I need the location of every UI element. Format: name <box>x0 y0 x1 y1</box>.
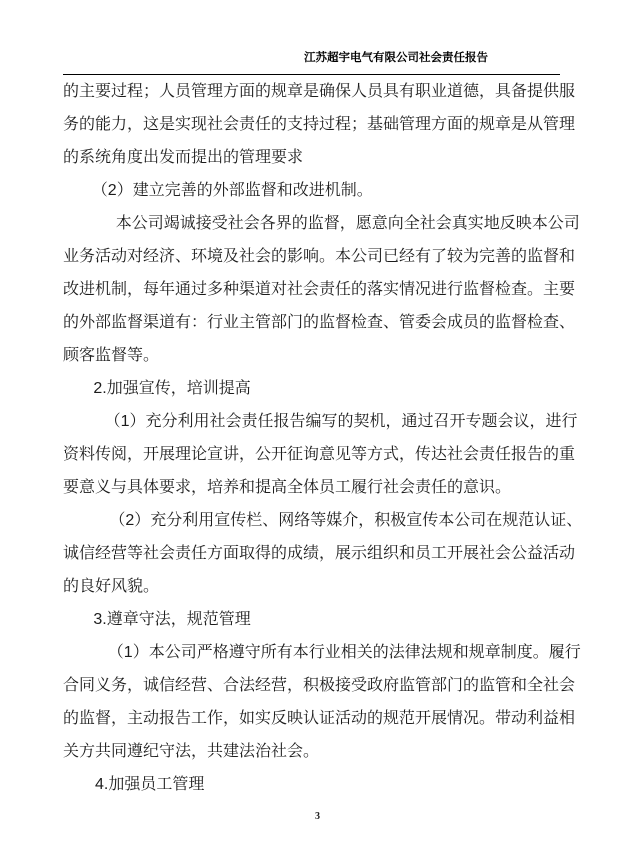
text-line: （2）建立完善的外部监督和改进机制。 <box>63 174 577 207</box>
text-line: 的主要过程；人员管理方面的规章是确保人员具有职业道德，具备提供服 <box>63 75 577 108</box>
text-line: 业务活动对经济、环境及社会的影响。本公司已经有了较为完善的监督和 <box>63 240 577 273</box>
page-number: 3 <box>0 811 635 822</box>
text-line: 4.加强员工管理 <box>63 768 577 801</box>
document-body: 的主要过程；人员管理方面的规章是确保人员具有职业道德，具备提供服务的能力，这是实… <box>63 75 577 801</box>
text-line: 顾客监督等。 <box>63 339 577 372</box>
text-line: 3.遵章守法，规范管理 <box>63 603 577 636</box>
text-line: 合同义务，诚信经营、合法经营，积极接受政府监管部门的监管和全社会 <box>63 669 577 702</box>
text-line: （1）本公司严格遵守所有本行业相关的法律法规和规章制度。履行 <box>63 636 577 669</box>
text-line: 的良好风貌。 <box>63 570 577 603</box>
text-line: 关方共同遵纪守法，共建法治社会。 <box>63 735 577 768</box>
header-title: 江苏超宇电气有限公司社会责任报告 <box>63 51 488 65</box>
document-page: 江苏超宇电气有限公司社会责任报告 的主要过程；人员管理方面的规章是确保人员具有职… <box>0 0 635 861</box>
text-line: 2.加强宣传，培训提高 <box>63 372 577 405</box>
text-line: 诚信经营等社会责任方面取得的成绩，展示组织和员工开展社会公益活动 <box>63 537 577 570</box>
text-line: 务的能力，这是实现社会责任的支持过程；基础管理方面的规章是从管理 <box>63 108 577 141</box>
text-line: 要意义与具体要求，培养和提高全体员工履行社会责任的意识。 <box>63 471 577 504</box>
text-line: 改进机制，每年通过多种渠道对社会责任的落实情况进行监督检查。主要 <box>63 273 577 306</box>
text-line: （1）充分利用社会责任报告编写的契机，通过召开专题会议，进行 <box>63 405 577 438</box>
text-line: 的系统角度出发而提出的管理要求 <box>63 141 577 174</box>
text-line: 本公司竭诚接受社会各界的监督，愿意向全社会真实地反映本公司 <box>63 207 577 240</box>
text-line: 的监督，主动报告工作，如实反映认证活动的规范开展情况。带动利益相 <box>63 702 577 735</box>
text-line: 资料传阅，开展理论宣讲，公开征询意见等方式，传达社会责任报告的重 <box>63 438 577 471</box>
text-line: （2）充分利用宣传栏、网络等媒介，积极宣传本公司在规范认证、 <box>63 504 577 537</box>
text-line: 的外部监督渠道有：行业主管部门的监督检查、管委会成员的监督检查、 <box>63 306 577 339</box>
